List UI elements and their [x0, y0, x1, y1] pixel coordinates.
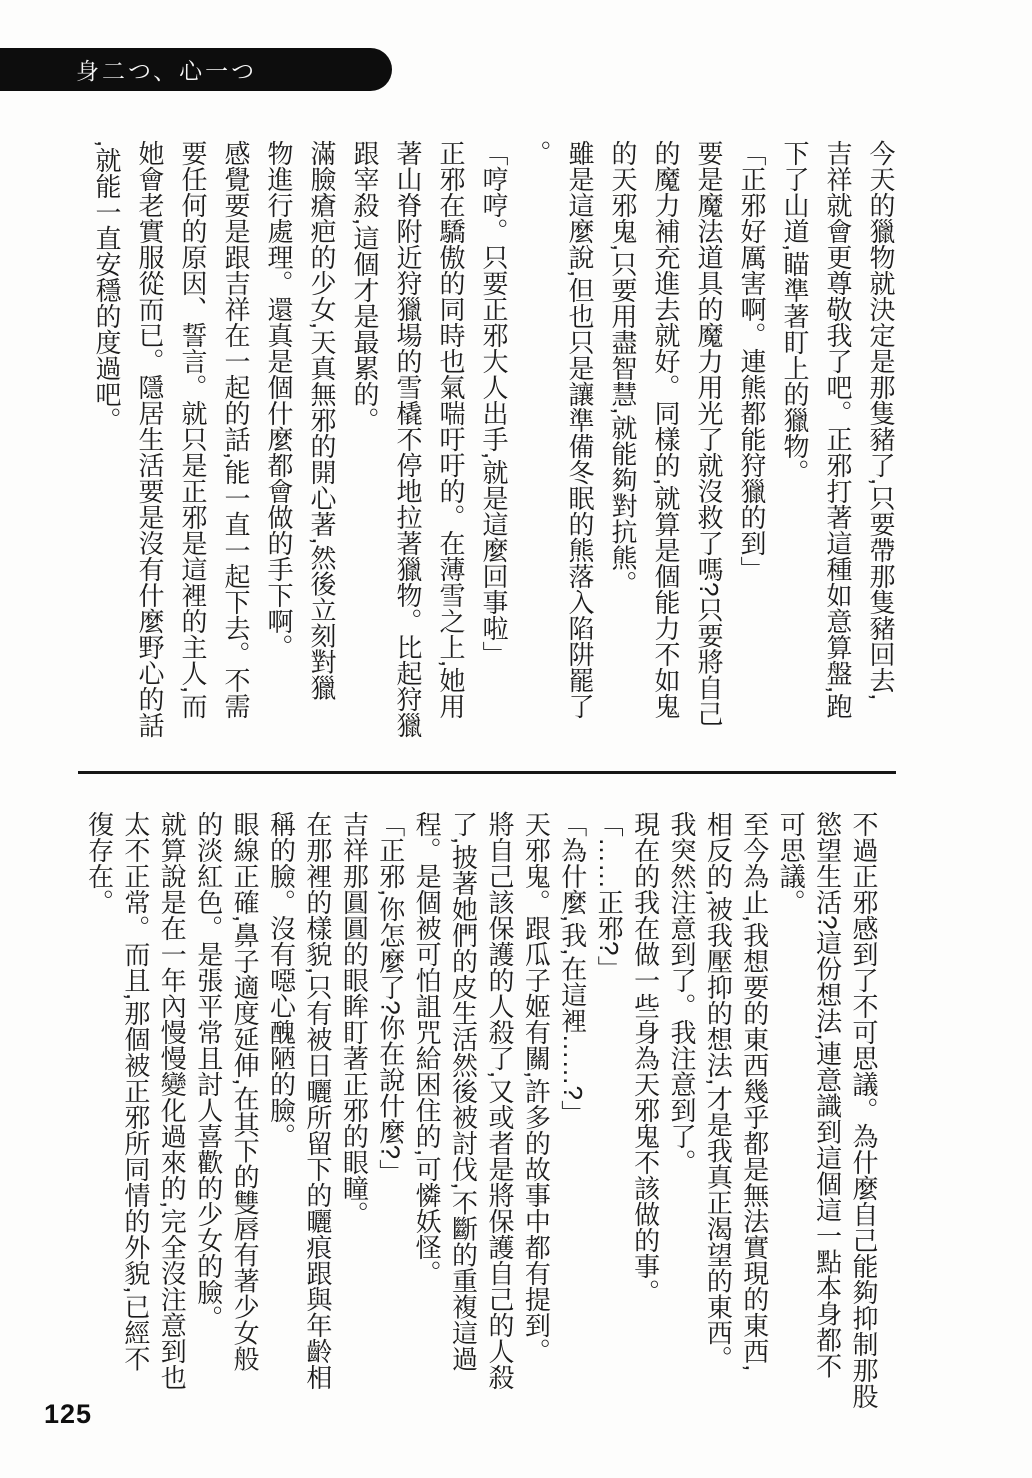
text-column: 我突然注意到了。我注意到了。 [664, 811, 700, 1426]
text-column: 慾望生活?這份想法,連意識到這個這一點本身都不 [809, 811, 845, 1426]
text-column: 著山脊附近狩獵場的雪橇不停地拉著獵物。比起狩獵 [386, 140, 429, 755]
text-column: 相反的,被我壓抑的想法,才是我真正渴望的東西。 [700, 811, 736, 1426]
text-column: 了,披著她們的皮生活然後被討伐,不斷的重複這過 [445, 811, 481, 1426]
page-number: 125 [44, 1399, 92, 1430]
text-column: 。 [515, 140, 558, 755]
text-column: 要是魔法道具的魔力用光了就沒救了嗎?只要將自己 [687, 140, 730, 755]
text-column: 不過正邪感到了不可思議。為什麼自己能夠抑制那股 [846, 811, 882, 1426]
text-column: 眼線正確,鼻子適度延伸,在其下的雙唇有著少女般 [227, 811, 263, 1426]
text-column: 物進行處理。還真是個什麼都會做的手下啊。 [257, 140, 300, 755]
book-page: 身二つ、心一つ 今天的獵物就決定是那隻豬了,只要帶那隻豬回去,吉祥就會更尊敬我了… [0, 0, 1032, 1478]
text-column: ,就能一直安穩的度過吧。 [85, 140, 128, 755]
text-column: 要任何的原因、誓言。就只是正邪是這裡的主人,而 [171, 140, 214, 755]
text-column: 現在的我在做一些身為天邪鬼不該做的事。 [627, 811, 663, 1426]
text-column: 的魔力補充進去就好。同樣的,就算是個能力不如鬼 [644, 140, 687, 755]
text-column: 就算說是在一年內慢慢變化過來的,完全沒注意到也 [154, 811, 190, 1426]
text-column: 「正邪好厲害啊。連熊都能狩獵的到」 [730, 140, 773, 755]
text-block-bottom: 不過正邪感到了不可思議。為什麼自己能夠抑制那股慾望生活?這份想法,連意識到這個這… [81, 811, 882, 1426]
text-column: 稱的臉。沒有噁心醜陋的臉。 [263, 811, 299, 1426]
section-divider [78, 771, 896, 774]
text-column: 可思議。 [773, 811, 809, 1426]
text-column: 正邪在驕傲的同時也氣喘吁吁的。在薄雪之上,她用 [429, 140, 472, 755]
text-column: 將自己該保護的人殺了,又或者是將保護自己的人殺 [482, 811, 518, 1426]
text-column: 「……正邪?」 [591, 811, 627, 1426]
text-column: 雖是這麼說,但也只是讓準備冬眠的熊落入陷阱罷了 [558, 140, 601, 755]
text-column: 「正邪,你怎麼了?你在說什麼?」 [372, 811, 408, 1426]
text-column: 「哼哼。只要正邪大人出手,就是這麼回事啦」 [472, 140, 515, 755]
text-column: 吉祥那圓圓的眼眸盯著正邪的眼瞳。 [336, 811, 372, 1426]
text-column: 程。是個被可怕詛咒給困住的,可憐妖怪。 [409, 811, 445, 1426]
text-column: 天邪鬼。跟瓜子姬有關,許多的故事中都有提到。 [518, 811, 554, 1426]
text-block-top: 今天的獵物就決定是那隻豬了,只要帶那隻豬回去,吉祥就會更尊敬我了吧。正邪打著這種… [85, 140, 902, 755]
text-column: 「為什麼,我,在這裡……?」 [554, 811, 590, 1426]
text-column: 今天的獵物就決定是那隻豬了,只要帶那隻豬回去, [859, 140, 902, 755]
text-column: 的淡紅色。是張平常且討人喜歡的少女的臉。 [190, 811, 226, 1426]
text-column: 跟宰殺,這個才是最累的。 [343, 140, 386, 755]
text-column: 吉祥就會更尊敬我了吧。正邪打著這種如意算盤,跑 [816, 140, 859, 755]
chapter-header-bar: 身二つ、心一つ [0, 48, 392, 91]
text-column: 感覺要是跟吉祥在一起的話,能一直一起下去。不需 [214, 140, 257, 755]
text-column: 在那裡的樣貌,只有被日曬所留下的曬痕跟與年齡相 [300, 811, 336, 1426]
text-column: 下了山道,瞄準著盯上的獵物。 [773, 140, 816, 755]
text-column: 的天邪鬼,只要用盡智慧,就能夠對抗熊。 [601, 140, 644, 755]
chapter-title: 身二つ、心一つ [0, 53, 257, 86]
text-column: 太不正常。而且,那個被正邪所同情的外貌,已經不 [117, 811, 153, 1426]
text-column: 復存在。 [81, 811, 117, 1426]
text-column: 至今為止,我想要的東西幾乎都是無法實現的東西, [736, 811, 772, 1426]
text-column: 她會老實服從而已。隱居生活要是沒有什麼野心的話 [128, 140, 171, 755]
text-column: 滿臉瘡疤的少女,天真無邪的開心著,然後立刻對獵 [300, 140, 343, 755]
